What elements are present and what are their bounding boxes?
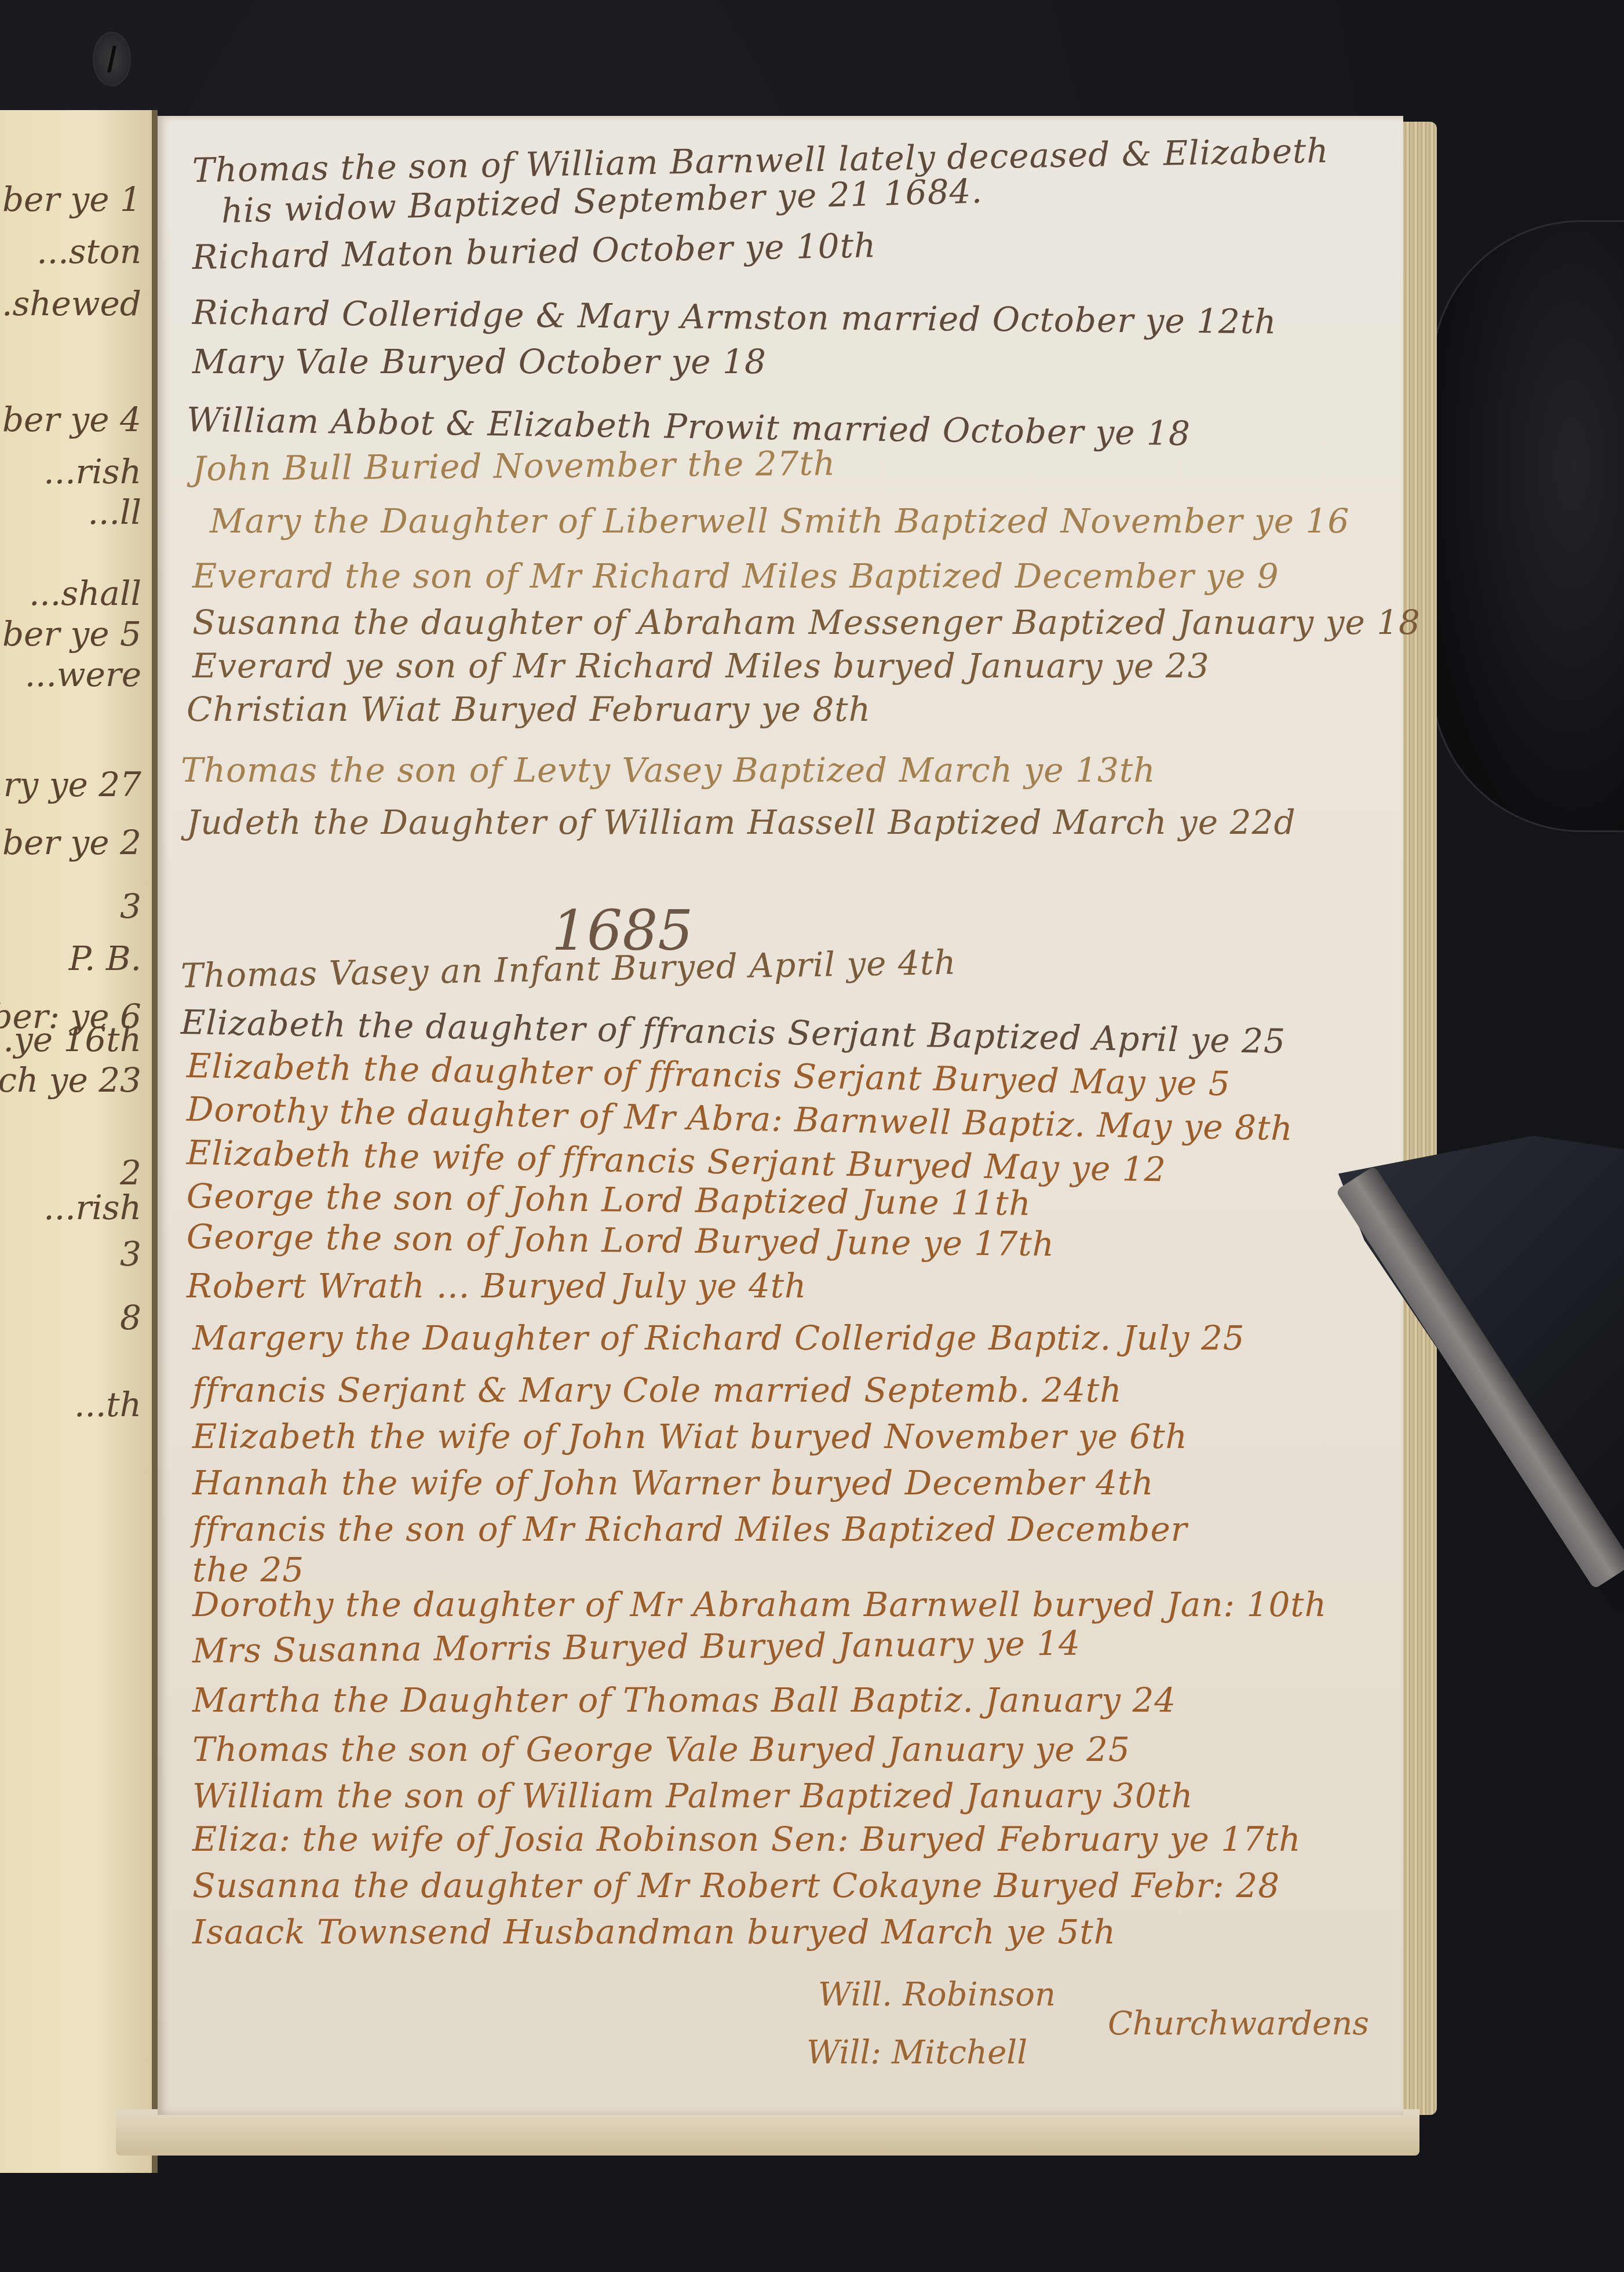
left-fragment: ...ember ye 2: [0, 823, 141, 862]
left-fragment: ...were: [25, 655, 141, 694]
left-fragment: ...shewed: [0, 284, 141, 323]
left-fragment: ...mber ye 4: [0, 400, 141, 439]
screw-icon: [93, 32, 131, 86]
register-entry: John Bull Buried November the 27th: [192, 443, 836, 488]
register-entry: Richard Colleridge & Mary Armston marrie…: [192, 293, 1277, 341]
register-entry: William the son of William Palmer Baptiz…: [192, 1776, 1194, 1815]
register-entry: Margery the Daughter of Richard Collerid…: [192, 1318, 1245, 1358]
left-fragment: P. B.: [69, 939, 141, 978]
left-fragment: ...ll: [88, 493, 141, 532]
register-entry: ffrancis the son of Mr Richard Miles Bap…: [192, 1509, 1187, 1549]
left-fragment: ...rish: [43, 1188, 141, 1227]
left-fragment: ...ry ye 27: [0, 765, 141, 804]
register-entry: Martha the Daughter of Thomas Ball Bapti…: [192, 1680, 1176, 1720]
register-entry: Dorothy the daughter of Mr Abraham Barnw…: [192, 1585, 1327, 1624]
page-edge: [1402, 122, 1437, 2115]
register-entry: Thomas the son of Levty Vasey Baptized M…: [181, 750, 1156, 790]
register-entry: Susanna the daughter of Mr Robert Cokayn…: [192, 1866, 1280, 1905]
left-fragment: ...ber ye 1: [0, 180, 141, 219]
left-fragment: ...ston: [37, 232, 141, 271]
churchwarden-signature-1: Will. Robinson: [818, 1976, 1056, 2014]
register-entry: George the son of John Lord Baptized Jun…: [187, 1176, 1031, 1223]
page-bottom-edge: [116, 2109, 1419, 2156]
leather-case: [1431, 220, 1624, 832]
left-fragment: ...ye 16th: [0, 1020, 141, 1059]
left-fragment: ...mber ye 5: [0, 614, 141, 654]
register-entry: Judeth the Daughter of William Hassell B…: [187, 803, 1296, 842]
register-page: Thomas the son of William Barnwell latel…: [158, 116, 1403, 2115]
register-entry: Thomas Vasey an Infant Buryed April ye 4…: [180, 943, 957, 995]
churchwardens-label: Churchwardens: [1108, 2005, 1369, 2043]
left-fragment: 8: [120, 1298, 141, 1337]
register-entry: Isaack Townsend Husbandman buryed March …: [192, 1912, 1116, 1952]
register-entry: Eliza: the wife of Josia Robinson Sen: B…: [192, 1819, 1301, 1859]
left-fragment: ...rish: [43, 452, 141, 491]
left-page: ...ber ye 1 ...ston ...shewed ...mber ye…: [0, 110, 158, 2173]
register-entry: Elizabeth the wife of John Wiat buryed N…: [192, 1417, 1188, 1456]
register-entry: Christian Wiat Buryed February ye 8th: [187, 690, 871, 729]
register-entry: Susanna the daughter of Abraham Messenge…: [192, 603, 1421, 642]
register-entry: the 25: [192, 1550, 304, 1589]
register-entry: Thomas the son of George Vale Buryed Jan…: [192, 1730, 1130, 1769]
left-fragment: ...th: [74, 1385, 141, 1424]
left-fragment: 3: [120, 1234, 141, 1274]
left-fragment: 2: [120, 1153, 141, 1192]
left-fragment: 3: [120, 887, 141, 926]
register-entry: Richard Maton buried October ye 10th: [192, 225, 876, 277]
churchwarden-signature-2: Will: Mitchell: [806, 2034, 1027, 2072]
left-fragment: March ye 23: [0, 1060, 141, 1100]
register-entry: Hannah the wife of John Warner buryed De…: [192, 1463, 1154, 1502]
register-entry: Mary Vale Buryed October ye 18: [192, 342, 767, 381]
register-entry: Robert Wrath ... Buryed July ye 4th: [187, 1266, 806, 1305]
register-entry: Everard the son of Mr Richard Miles Bapt…: [192, 556, 1279, 596]
register-entry: George the son of John Lord Buryed June …: [187, 1217, 1055, 1264]
left-fragment: ...shall: [29, 574, 141, 613]
register-entry: Mary the Daughter of Liberwell Smith Bap…: [210, 501, 1349, 541]
register-entry: Everard ye son of Mr Richard Miles burye…: [192, 646, 1210, 685]
register-entry: ffrancis Serjant & Mary Cole married Sep…: [192, 1370, 1122, 1410]
register-entry: Mrs Susanna Morris Buryed Buryed January…: [192, 1624, 1081, 1671]
